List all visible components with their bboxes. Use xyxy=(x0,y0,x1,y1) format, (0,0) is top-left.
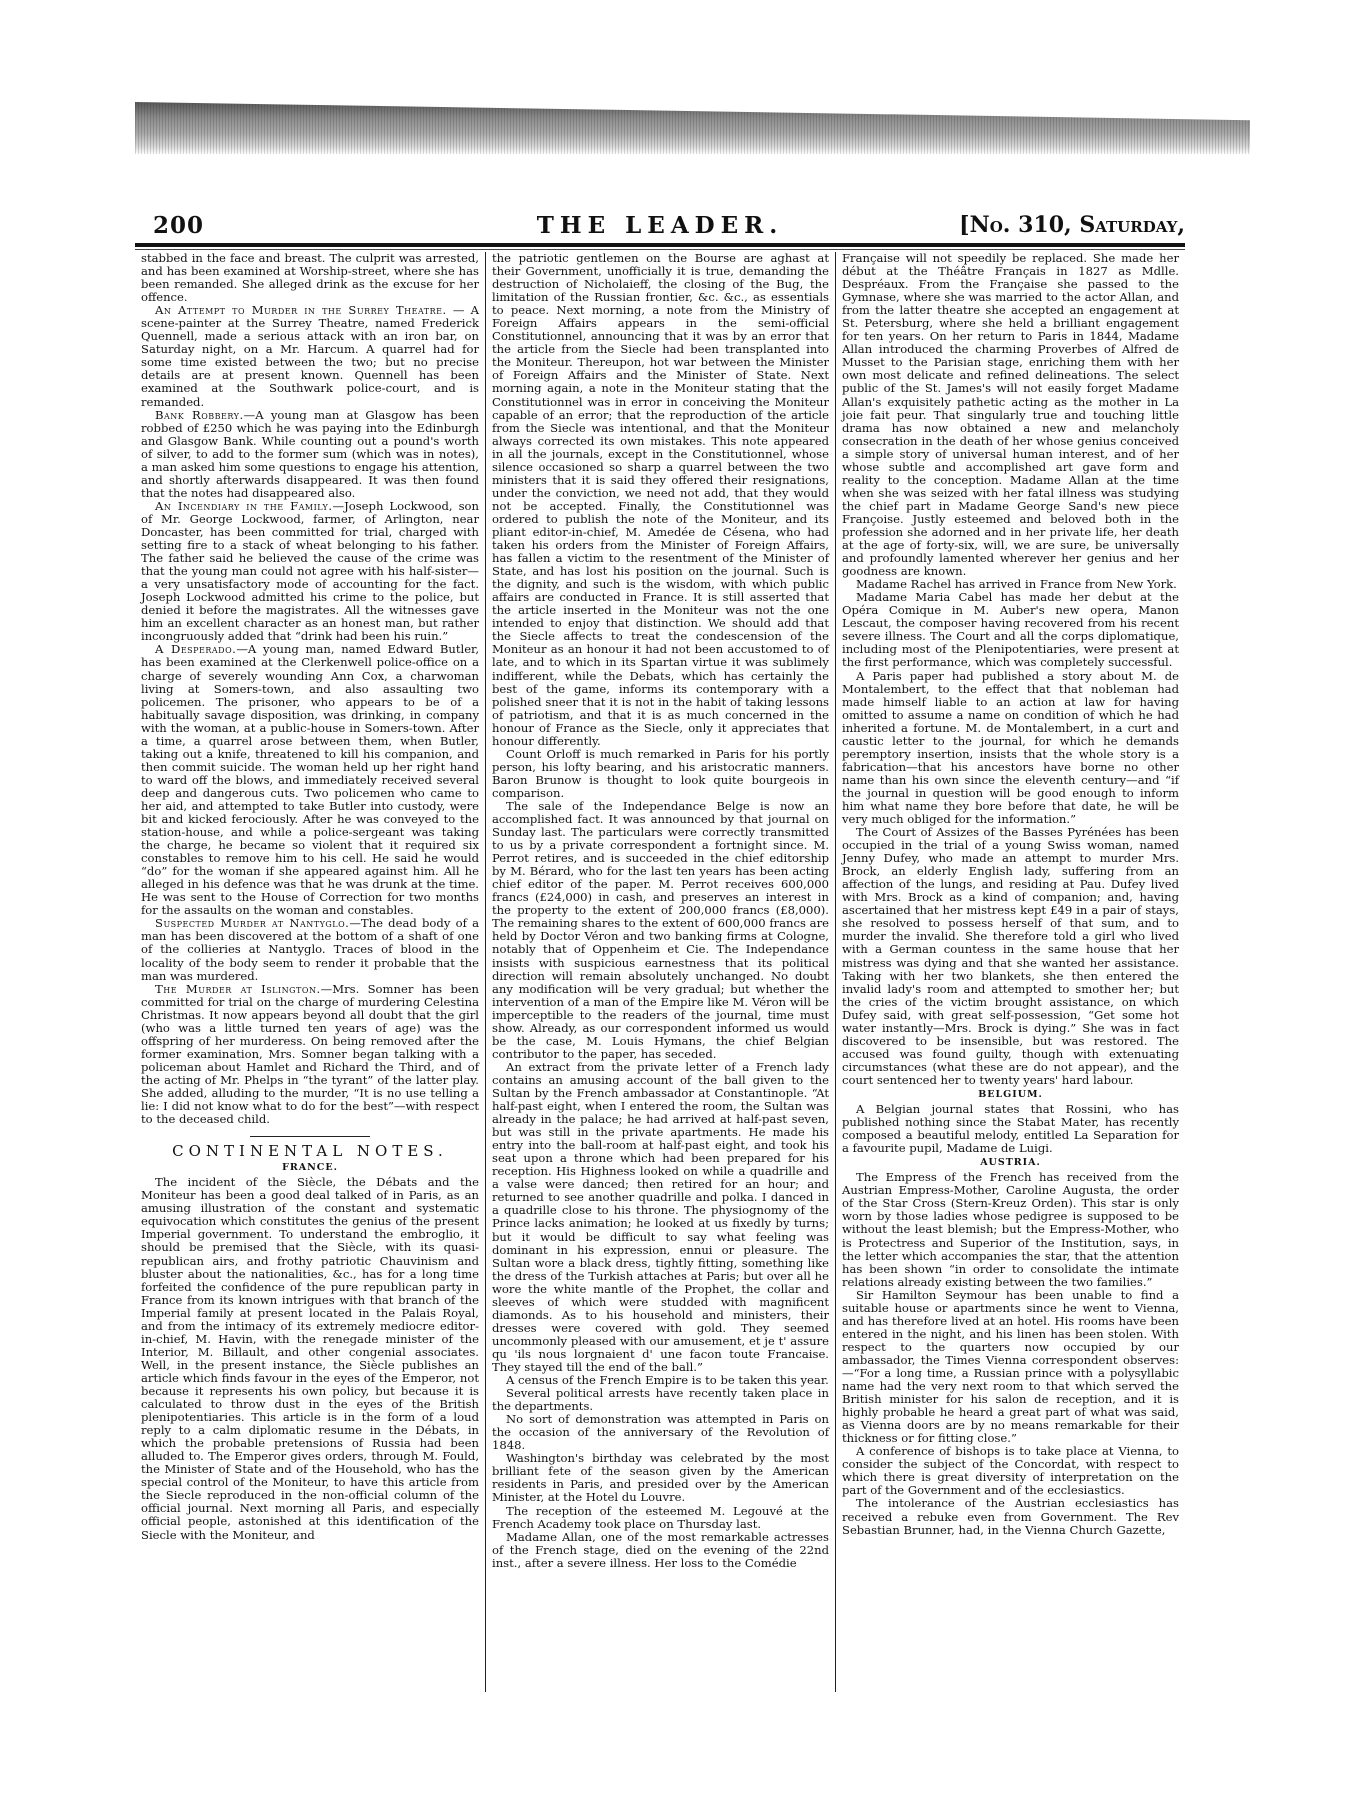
paragraph: A Belgian journal states that Rossini, w… xyxy=(842,1103,1179,1155)
issue-number-date: [No. 310, Saturday, xyxy=(959,212,1185,238)
item-body: —Joseph Lockwood, son of Mr. George Lock… xyxy=(141,499,479,643)
masthead: 200 THE LEADER. [No. 310, Saturday, xyxy=(135,212,1185,242)
column-3: Française will not speedily be replaced.… xyxy=(835,252,1185,1692)
paragraph: An extract from the private letter of a … xyxy=(492,1061,829,1374)
header-rule xyxy=(135,243,1185,247)
item-heading: The Murder at Islington. xyxy=(155,982,321,996)
paragraph: Madame Allan, one of the most remarkable… xyxy=(492,1531,829,1570)
item-body: —A young man, named Edward Butler, has b… xyxy=(141,642,479,917)
paragraph: A conference of bishops is to take place… xyxy=(842,1445,1179,1497)
item-heading: Bank Robbery. xyxy=(155,408,244,422)
paragraph: The sale of the Independance Belge is no… xyxy=(492,800,829,1061)
item-heading: An Attempt to Murder in the Surrey Theat… xyxy=(155,303,447,317)
paragraph: stabbed in the face and breast. The culp… xyxy=(141,252,479,304)
section-title: CONTINENTAL NOTES. xyxy=(141,1145,479,1158)
news-item-bank-robbery: Bank Robbery.—A young man at Glasgow has… xyxy=(141,409,479,500)
paragraph: Madame Maria Cabel has made her debut at… xyxy=(842,591,1179,669)
news-item-islington: The Murder at Islington.—Mrs. Somner has… xyxy=(141,983,479,1127)
subhead-france: FRANCE. xyxy=(141,1161,479,1174)
paragraph: Française will not speedily be replaced.… xyxy=(842,252,1179,578)
paragraph: Count Orloff is much remarked in Paris f… xyxy=(492,748,829,800)
paragraph: The Empress of the French has received f… xyxy=(842,1171,1179,1288)
news-item-incendiary: An Incendiary in the Family.—Joseph Lock… xyxy=(141,500,479,644)
article-columns: stabbed in the face and breast. The culp… xyxy=(135,252,1185,1692)
paragraph: the patriotic gentlemen on the Bourse ar… xyxy=(492,252,829,748)
news-item-surrey-theatre: An Attempt to Murder in the Surrey Theat… xyxy=(141,304,479,408)
paragraph: No sort of demonstration was attempted i… xyxy=(492,1413,829,1452)
item-body: —Mrs. Somner has been committed for tria… xyxy=(141,982,479,1126)
paragraph: The reception of the esteemed M. Legouvé… xyxy=(492,1505,829,1531)
item-body: —A young man at Glasgow has been robbed … xyxy=(141,408,479,500)
column-2: the patriotic gentlemen on the Bourse ar… xyxy=(485,252,835,1692)
news-item-nantyglo: Suspected Murder at Nantyglo.—The dead b… xyxy=(141,917,479,982)
subhead-austria: AUSTRIA. xyxy=(842,1156,1179,1169)
subhead-belgium: BELGIUM. xyxy=(842,1088,1179,1101)
header-rule-thin xyxy=(135,249,1185,250)
paragraph: A Paris paper had published a story abou… xyxy=(842,670,1179,827)
paragraph: The Court of Assizes of the Basses Pyrén… xyxy=(842,826,1179,1087)
news-item-desperado: A Desperado.—A young man, named Edward B… xyxy=(141,643,479,917)
paragraph: Sir Hamilton Seymour has been unable to … xyxy=(842,1289,1179,1446)
item-heading: An Incendiary in the Family. xyxy=(155,499,333,513)
scanned-page-edge xyxy=(135,102,1250,154)
column-1: stabbed in the face and breast. The culp… xyxy=(135,252,485,1692)
paragraph: The incident of the Siècle, the Débats a… xyxy=(141,1176,479,1541)
item-heading: Suspected Murder at Nantyglo. xyxy=(155,916,349,930)
paragraph: Washington's birthday was celebrated by … xyxy=(492,1452,829,1504)
paragraph: The intolerance of the Austrian ecclesia… xyxy=(842,1497,1179,1536)
section-divider xyxy=(250,1136,370,1137)
item-heading: A Desperado. xyxy=(155,642,236,656)
item-body: — A scene-painter at the Surrey Theatre,… xyxy=(141,303,479,408)
paragraph: Several political arrests have recently … xyxy=(492,1387,829,1413)
